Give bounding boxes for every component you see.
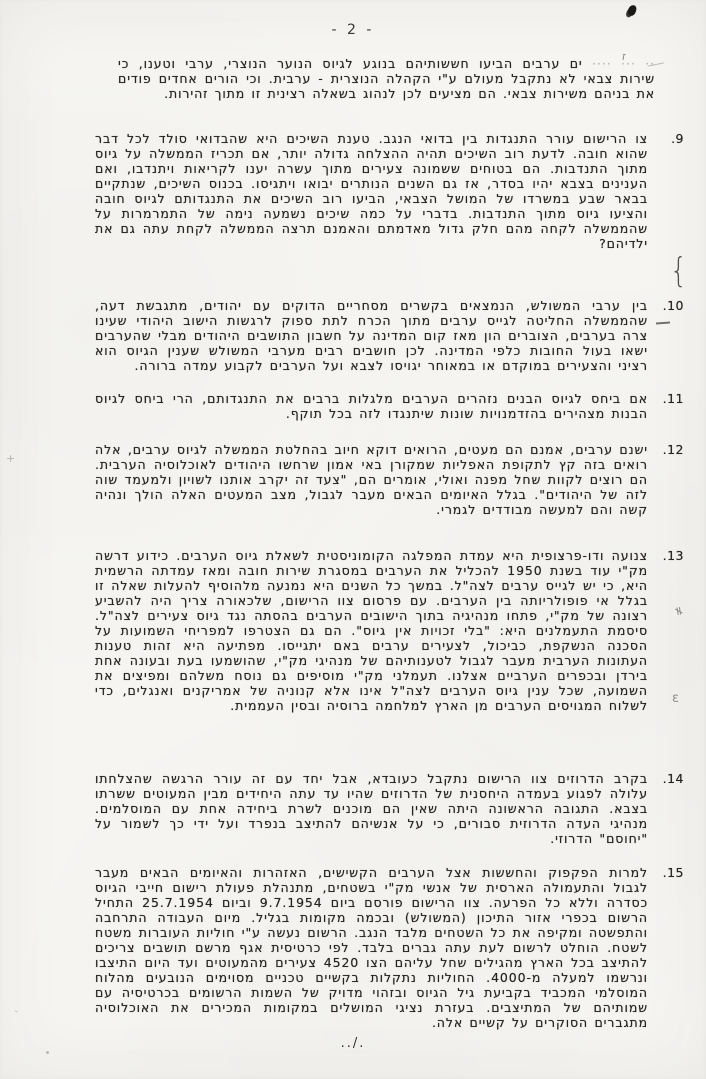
margin-brace-mark: {: [670, 252, 687, 291]
paragraph-12: 12. ישנם ערבים, אמנם הם מעטים, הרואים דו…: [95, 442, 648, 517]
page-number: - 2 -: [0, 22, 706, 38]
paragraph-15: 15. למרות הפקפוק והחששות אצל הערבים הקשי…: [95, 865, 648, 1030]
paragraph-text: ישנם ערבים, אמנם הם מעטים, הרואים דוקא ח…: [95, 442, 648, 517]
paragraph-text: ים ערבים הביעו חששותיהם בנוגע לגיוס הנוע…: [118, 56, 655, 101]
ink-blot-icon: [627, 4, 637, 17]
paragraph-11: 11. אם ביחס לגיוס הבנים נזהרים הערבים מל…: [95, 391, 648, 421]
paragraph-number: 13.: [663, 548, 684, 563]
paragraph-text: בין ערבי המשולש, הנמצאים בקשרים מסחריים …: [95, 298, 648, 373]
faded-text-fragment: ·· ··· ····: [592, 56, 655, 71]
paragraph-13: 13. צנועה ודו-פרצופית היא עמדת המפלגה הק…: [95, 548, 648, 713]
paragraph-text: צו הרישום עורר התנגדות בין בדואי הנגב. ט…: [95, 131, 648, 251]
paragraph-text: אם ביחס לגיוס הבנים נזהרים הערבים מלגלות…: [95, 391, 648, 421]
margin-plus-mark: +: [6, 452, 15, 465]
paragraph-10: 10. בין ערבי המשולש, הנמצאים בקשרים מסחר…: [95, 298, 648, 373]
paragraph-text: בקרב הדרוזים צוו הרישום נתקבל כעובדא, אב…: [95, 771, 648, 846]
paragraph-number: 9.: [671, 131, 684, 146]
margin-tick-mark-1: ≠: [671, 605, 687, 617]
scanned-document-page: - 2 - ז { ≠ ε + ` ·· ··· ···· ים ערבים ה…: [0, 0, 706, 1079]
paragraph-14: 14. בקרב הדרוזים צוו הרישום נתקבל כעובדא…: [95, 771, 648, 846]
intro-paragraph: ·· ··· ···· ים ערבים הביעו חששותיהם בנוג…: [118, 56, 655, 101]
paragraph-number: 15.: [663, 865, 684, 880]
margin-tick-mark-2: ε: [672, 691, 679, 706]
paragraph-number: 14.: [663, 771, 684, 786]
paragraph-number: 10.: [663, 298, 684, 313]
paragraph-number: 11.: [663, 391, 684, 406]
margin-dash-mark: [656, 322, 670, 325]
paragraph-9: 9. צו הרישום עורר התנגדות בין בדואי הנגב…: [95, 131, 648, 251]
continuation-mark: ../.: [0, 1036, 706, 1051]
paragraph-number: 12.: [663, 442, 684, 457]
paragraph-text: למרות הפקפוק והחששות אצל הערבים הקשישים,…: [95, 865, 648, 1030]
speck-mark: [46, 1051, 49, 1054]
corner-pencil-mark: `: [13, 1007, 25, 1022]
paragraph-text: צנועה ודו-פרצופית היא עמדת המפלגה הקומונ…: [95, 548, 648, 713]
